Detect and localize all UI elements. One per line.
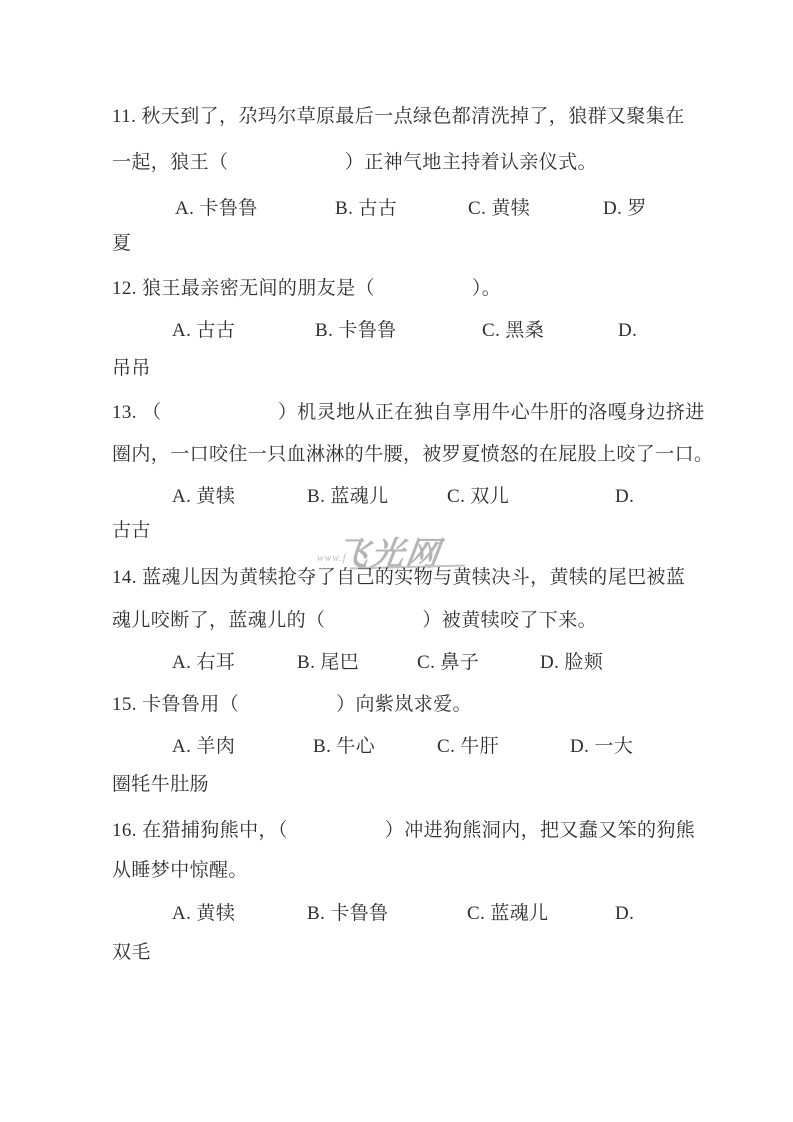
watermark-url: www.f — [317, 553, 347, 564]
q15-option-a: A. 羊肉 — [172, 734, 235, 760]
q15-stem-line-1: 15. 卡鲁鲁用（ ）向紫岚求爱。 — [112, 692, 472, 718]
q16-stem-line-2: 从睡梦中惊醒。 — [112, 858, 248, 884]
q16-option-c: C. 蓝魂儿 — [467, 901, 549, 927]
q13-option-d: D. — [615, 484, 634, 510]
worksheet-page: 飞光网 www.f 11. 秋天到了，尕玛尔草原最后一点绿色都清洗掉了，狼群又聚… — [0, 0, 793, 1122]
q13-options-row: A. 黄犊 B. 蓝魂儿 C. 双儿 D. — [0, 484, 793, 510]
q12-stem-line-1: 12. 狼王最亲密无间的朋友是（ ）。 — [112, 276, 501, 302]
q12-option-d-overflow: 吊吊 — [112, 356, 151, 382]
q13-option-a: A. 黄犊 — [172, 484, 235, 510]
q14-options-row: A. 右耳 B. 尾巴 C. 鼻子 D. 脸颊 — [0, 650, 793, 676]
q11-stem-line-1: 11. 秋天到了，尕玛尔草原最后一点绿色都清洗掉了，狼群又聚集在 — [112, 104, 685, 130]
q12-option-a: A. 古古 — [172, 318, 235, 344]
q11-option-d-overflow: 夏 — [112, 231, 131, 257]
q14-option-a: A. 右耳 — [172, 650, 235, 676]
q13-option-b: B. 蓝魂儿 — [307, 484, 389, 510]
q13-option-d-overflow: 古古 — [112, 518, 151, 544]
q16-option-d-overflow: 双毛 — [112, 940, 151, 966]
q15-options-row: A. 羊肉 B. 牛心 C. 牛肝 D. 一大 — [0, 734, 793, 760]
q16-stem-line-1: 16. 在猎捕狗熊中，（ ）冲进狗熊洞内，把又蠢又笨的狗熊 — [112, 818, 695, 844]
q11-options-row: A. 卡鲁鲁 B. 古古 C. 黄犊 D. 罗 — [0, 196, 793, 222]
q13-stem-line-1: 13. （ ）机灵地从正在独自享用牛心牛肝的洛嘎身边挤进 — [112, 400, 705, 426]
q11-option-d: D. 罗 — [603, 196, 647, 222]
q11-option-b: B. 古古 — [335, 196, 397, 222]
q12-options-row: A. 古古 B. 卡鲁鲁 C. 黑桑 D. — [0, 318, 793, 344]
q12-option-b: B. 卡鲁鲁 — [315, 318, 397, 344]
q14-option-c: C. 鼻子 — [417, 650, 479, 676]
q13-option-c: C. 双儿 — [447, 484, 509, 510]
q15-option-b: B. 牛心 — [313, 734, 375, 760]
q14-option-d: D. 脸颊 — [540, 650, 603, 676]
q16-option-b: B. 卡鲁鲁 — [307, 901, 389, 927]
q12-option-c: C. 黑桑 — [482, 318, 544, 344]
q15-option-d: D. 一大 — [570, 734, 633, 760]
q11-stem-line-2: 一起，狼王（ ）正神气地主持着认亲仪式。 — [112, 150, 597, 176]
q16-option-a: A. 黄犊 — [172, 901, 235, 927]
q12-option-d: D. — [618, 318, 637, 344]
q16-options-row: A. 黄犊 B. 卡鲁鲁 C. 蓝魂儿 D. — [0, 901, 793, 927]
q14-stem-line-1: 14. 蓝魂儿因为黄犊抢夺了自己的实物与黄犊决斗，黄犊的尾巴被蓝 — [112, 565, 685, 591]
q13-stem-line-2: 圈内，一口咬住一只血淋淋的牛腰，被罗夏愤怒的在屁股上咬了一口。 — [112, 442, 713, 468]
q14-stem-line-2: 魂儿咬断了，蓝魂儿的（ ）被黄犊咬了下来。 — [112, 608, 597, 634]
q15-option-d-overflow: 圈牦牛肚肠 — [112, 772, 209, 798]
q16-option-d: D. — [615, 901, 634, 927]
q15-option-c: C. 牛肝 — [437, 734, 499, 760]
q11-option-c: C. 黄犊 — [468, 196, 530, 222]
q11-option-a: A. 卡鲁鲁 — [175, 196, 258, 222]
q14-option-b: B. 尾巴 — [297, 650, 359, 676]
